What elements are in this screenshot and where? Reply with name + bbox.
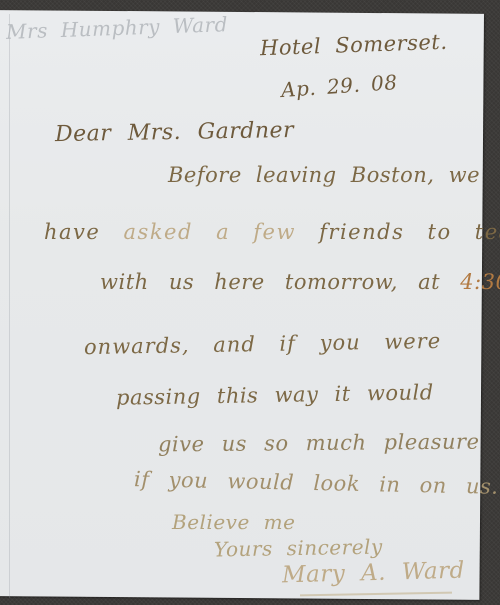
body-line-3-time: 4:30 xyxy=(460,270,500,294)
body-line-6: give us so much pleasure xyxy=(158,430,480,457)
letter-scan: Mrs Humphry Ward Hotel Somerset. Ap. 29.… xyxy=(0,0,500,605)
signature: Mary A. Ward xyxy=(282,558,465,589)
salutation: Dear Mrs. Gardner xyxy=(55,118,295,147)
body-line-3-start: with us here tomorrow, at xyxy=(100,270,460,294)
body-line-2-faded: asked a few xyxy=(124,220,296,244)
body-line-2-end: friends to tea xyxy=(296,220,500,244)
paper-crease xyxy=(9,14,10,598)
closing-line-1: Believe me xyxy=(172,510,295,534)
body-line-2-start: have xyxy=(44,220,124,244)
closing-line-2: Yours sincerely xyxy=(214,535,383,562)
body-line-3: with us here tomorrow, at 4:30 xyxy=(100,270,500,294)
body-line-2: have asked a few friends to tea xyxy=(44,220,500,244)
body-line-1: Before leaving Boston, we xyxy=(168,163,480,187)
